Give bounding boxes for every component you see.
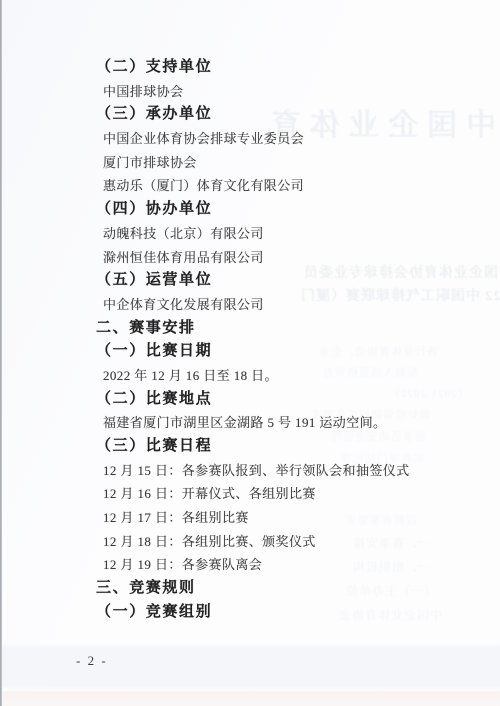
doc-text-line: 12 月 18 日：各组别比赛、颁奖仪式	[0, 530, 500, 554]
doc-text-line: 12 月 15 日：各参赛队报到、举行领队会和抽签仪式	[0, 459, 500, 483]
section-heading: 三、竞赛规则	[0, 577, 500, 601]
section-heading: （五）运营单位	[0, 269, 500, 293]
section-heading: （三）承办单位	[0, 103, 500, 127]
doc-text-line: 12 月 17 日：各组别比赛	[0, 506, 500, 530]
doc-text-line: 动魄科技（北京）有限公司	[0, 222, 500, 246]
doc-text-line: 2022 年 12 月 16 日至 18 日。	[0, 364, 500, 388]
doc-text-line: 12 月 16 日：开幕仪式、各组别比赛	[0, 482, 500, 506]
doc-text-line: 中企体育文化发展有限公司	[0, 293, 500, 317]
doc-text-line: 中国排球协会	[0, 80, 500, 104]
section-heading: （三）比赛日程	[0, 435, 500, 459]
doc-text-line: 12 月 19 日：各参赛队离会	[0, 553, 500, 577]
section-heading: 二、赛事安排	[0, 317, 500, 341]
doc-text-line: 滁州恒佳体育用品有限公司	[0, 246, 500, 270]
doc-text-line: 中国企业体育协会排球专业委员会	[0, 127, 500, 151]
doc-text-line: 福建省厦门市湖里区金湖路 5 号 191 运动空间。	[0, 411, 500, 435]
scanned-document-page: 中国企业体育中国企业体育协会排球专业委员2022 中国职工气排球联赛（厦门各行业…	[0, 0, 500, 706]
section-heading: （四）协办单位	[0, 198, 500, 222]
section-heading: （二）比赛地点	[0, 388, 500, 412]
doc-text-line: 厦门市排球协会	[0, 151, 500, 175]
section-heading: （一）比赛日期	[0, 340, 500, 364]
page-number: - 2 -	[76, 653, 108, 669]
doc-text-line: 惠动乐（厦门）体育文化有限公司	[0, 174, 500, 198]
document-body: （二）支持单位中国排球协会（三）承办单位中国企业体育协会排球专业委员会厦门市排球…	[0, 56, 500, 625]
section-heading: （二）支持单位	[0, 56, 500, 80]
section-heading: （一）竞赛组别	[0, 601, 500, 625]
